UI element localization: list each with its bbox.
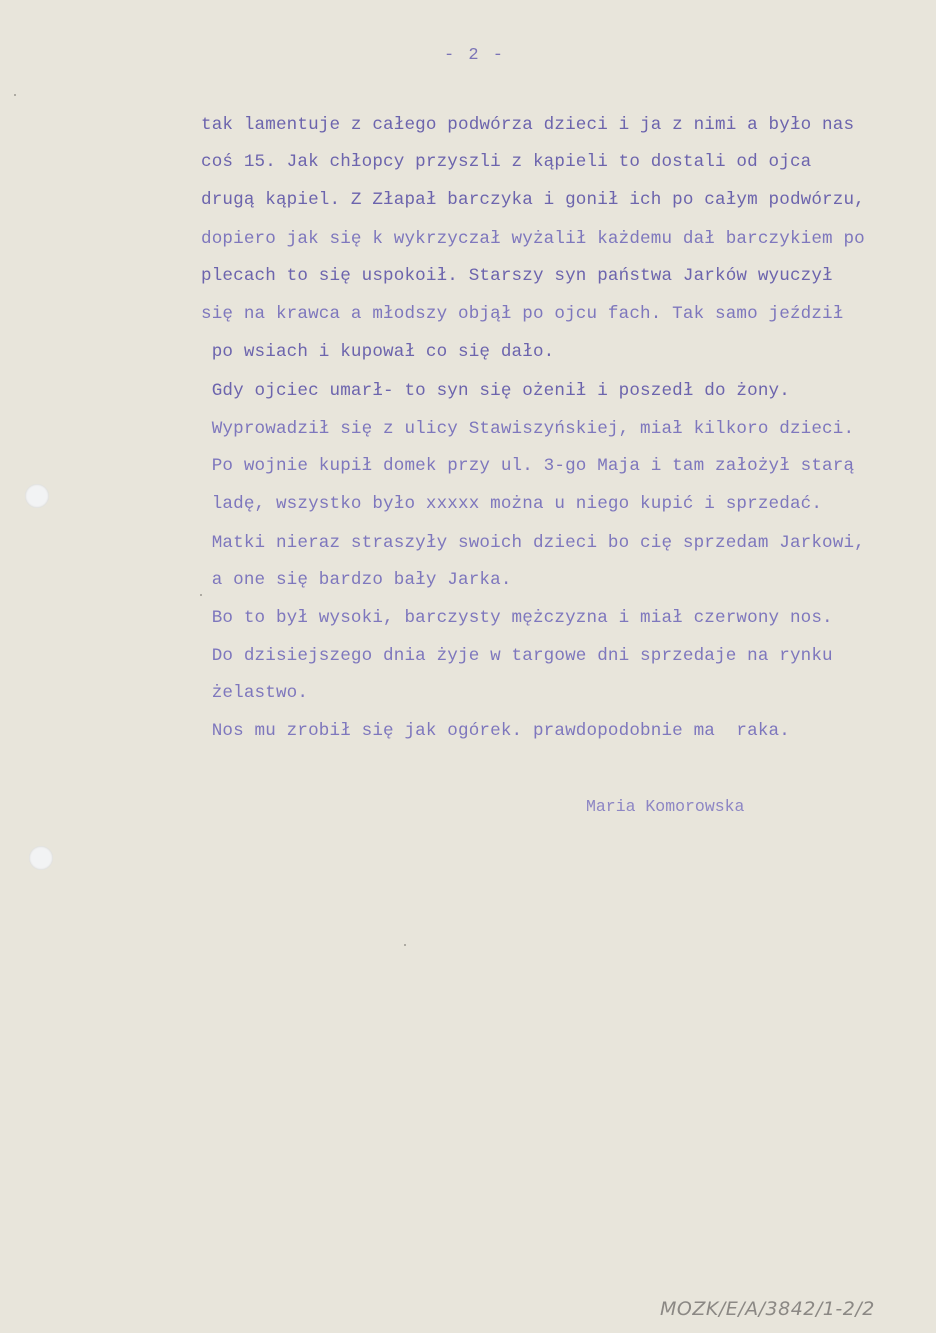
- text-line-15: Do dzisiejszego dnia żyje w targowe dni …: [201, 646, 833, 666]
- text-line-11: ladę, wszystko było xxxxx można u niego …: [201, 494, 822, 514]
- text-line-2: coś 15. Jak chłopcy przyszli z kąpieli t…: [201, 152, 811, 172]
- punch-hole-top: [25, 484, 49, 508]
- text-line-8: Gdy ojciec umarł- to syn się ożenił i po…: [201, 381, 790, 401]
- text-line-13: a one się bardzo bały Jarka.: [201, 570, 512, 590]
- text-line-6: się na krawca a młodszy objął po ojcu fa…: [201, 304, 843, 324]
- paper-speck: [14, 94, 16, 96]
- text-line-16: żelastwo.: [201, 683, 308, 703]
- paper-speck: [404, 944, 406, 946]
- punch-hole-bottom: [29, 846, 53, 870]
- text-line-4: dopiero jak się k wykrzyczał wyżalił każ…: [201, 229, 865, 249]
- page-number: - 2 -: [444, 46, 505, 65]
- text-line-17: Nos mu zrobił się jak ogórek. prawdopodo…: [201, 721, 790, 741]
- text-line-12: Matki nieraz straszyły swoich dzieci bo …: [201, 533, 865, 553]
- archive-reference: MOZK/E/A/3842/1-2/2: [660, 1298, 875, 1320]
- text-line-3: drugą kąpiel. Z Złapał barczyka i gonił …: [201, 190, 865, 210]
- text-line-7: po wsiach i kupował co się dało.: [201, 342, 554, 362]
- text-line-14: Bo to był wysoki, barczysty mężczyzna i …: [201, 608, 833, 628]
- text-line-10: Po wojnie kupił domek przy ul. 3-go Maja…: [201, 456, 854, 476]
- text-line-9: Wyprowadził się z ulicy Stawiszyńskiej, …: [201, 419, 854, 439]
- text-line-5: plecach to się uspokoił. Starszy syn pań…: [201, 266, 833, 286]
- text-line-1: tak lamentuje z całego podwórza dzieci i…: [201, 115, 854, 135]
- paper-speck: [200, 594, 202, 596]
- signature: Maria Komorowska: [586, 797, 744, 816]
- document-page: - 2 - tak lamentuje z całego podwórza dz…: [0, 0, 936, 1333]
